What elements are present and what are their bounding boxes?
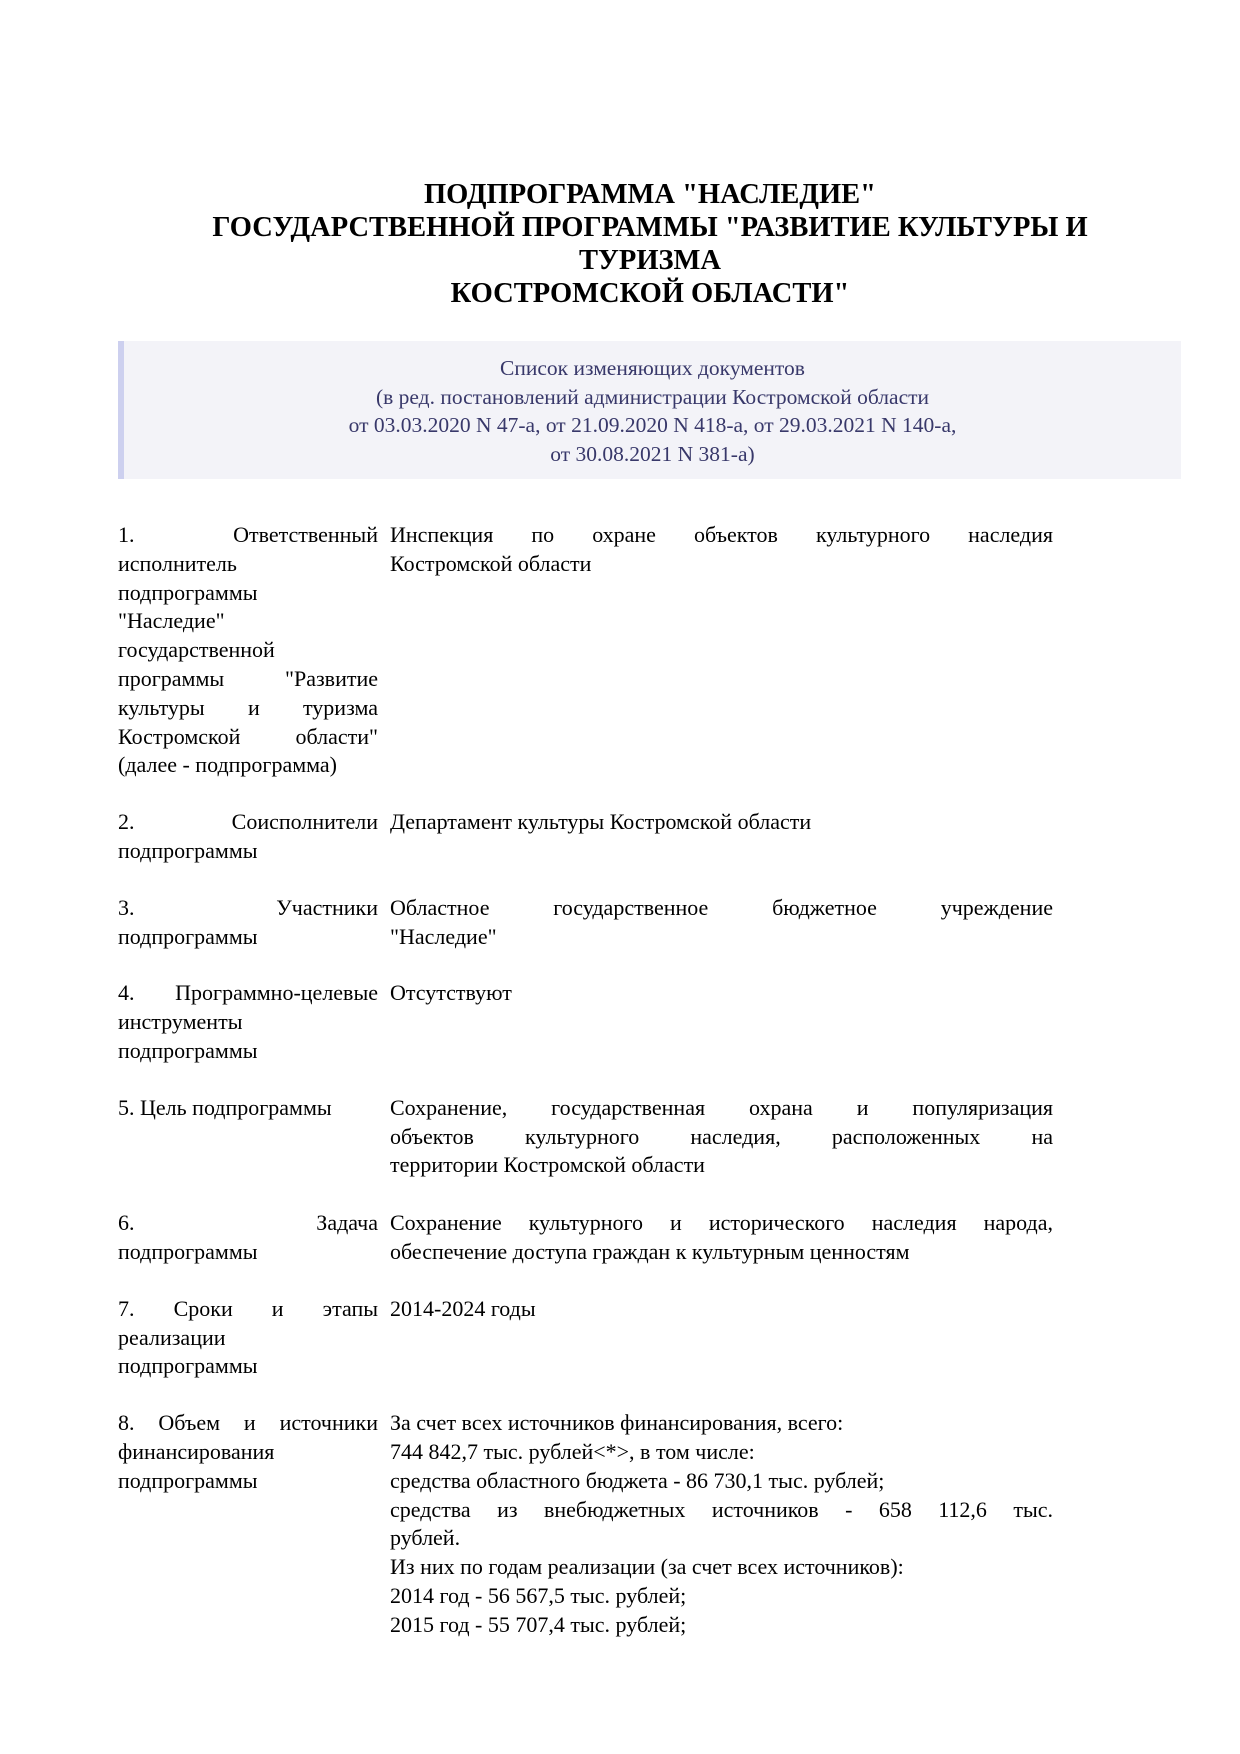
value-line: территории Костромской области bbox=[390, 1151, 1053, 1180]
label-line: финансирования bbox=[118, 1438, 378, 1467]
title-line: КОСТРОМСКОЙ ОБЛАСТИ" bbox=[160, 277, 1140, 310]
value-line: обеспечение доступа граждан к культурным… bbox=[390, 1238, 1053, 1267]
revision-list-box: Список изменяющих документов (в ред. пос… bbox=[118, 341, 1181, 479]
passport-row: 5. Цель подпрограммыСохранение, государс… bbox=[118, 1094, 1053, 1180]
passport-row: 2. СоисполнителиподпрограммыДепартамент … bbox=[118, 808, 1053, 866]
passport-row-label: 4. Программно-целевыеинструментыподпрогр… bbox=[118, 979, 378, 1065]
passport-row-value: Областное государственное бюджетное учре… bbox=[390, 894, 1053, 952]
label-line: реализации bbox=[118, 1324, 378, 1353]
label-line: 4. Программно-целевые bbox=[118, 979, 378, 1008]
passport-row: 7. Сроки и этапыреализацииподпрограммы20… bbox=[118, 1295, 1053, 1381]
label-line: подпрограммы bbox=[118, 1238, 378, 1267]
label-line: подпрограммы bbox=[118, 1352, 378, 1381]
value-line: "Наследие" bbox=[390, 923, 1053, 952]
label-line: (далее - подпрограмма) bbox=[118, 751, 378, 780]
label-line: 5. Цель подпрограммы bbox=[118, 1094, 378, 1123]
label-line: инструменты bbox=[118, 1008, 378, 1037]
passport-row: 6. ЗадачаподпрограммыСохранение культурн… bbox=[118, 1209, 1053, 1267]
title-line: ТУРИЗМА bbox=[160, 244, 1140, 277]
passport-row-value: За счет всех источников финансирования, … bbox=[390, 1409, 1053, 1639]
passport-row-label: 8. Объем и источникифинансированияподпро… bbox=[118, 1409, 378, 1639]
label-line: подпрограммы bbox=[118, 837, 378, 866]
label-line: "Наследие" bbox=[118, 607, 378, 636]
revision-line: от 03.03.2020 N 47-а, от 21.09.2020 N 41… bbox=[124, 411, 1181, 440]
revision-line: от 30.08.2021 N 381-а) bbox=[124, 440, 1181, 469]
passport-row-label: 5. Цель подпрограммы bbox=[118, 1094, 378, 1180]
label-line: программы "Развитие bbox=[118, 665, 378, 694]
label-line: подпрограммы bbox=[118, 923, 378, 952]
value-line: 2014-2024 годы bbox=[390, 1295, 1053, 1324]
passport-row-value: 2014-2024 годы bbox=[390, 1295, 1053, 1381]
label-line: 6. Задача bbox=[118, 1209, 378, 1238]
title-line: ПОДПРОГРАММА "НАСЛЕДИЕ" bbox=[160, 178, 1140, 211]
passport-row-label: 3. Участникиподпрограммы bbox=[118, 894, 378, 952]
value-line: 2015 год - 55 707,4 тыс. рублей; bbox=[390, 1611, 1053, 1640]
value-line: объектов культурного наследия, расположе… bbox=[390, 1123, 1053, 1152]
passport-row: 3. УчастникиподпрограммыОбластное госуда… bbox=[118, 894, 1053, 952]
passport-row-label: 2. Соисполнителиподпрограммы bbox=[118, 808, 378, 866]
label-line: 7. Сроки и этапы bbox=[118, 1295, 378, 1324]
value-line: Костромской области bbox=[390, 550, 1053, 579]
value-line: 2014 год - 56 567,5 тыс. рублей; bbox=[390, 1582, 1053, 1611]
passport-row-value: Сохранение, государственная охрана и поп… bbox=[390, 1094, 1053, 1180]
label-line: государственной bbox=[118, 636, 378, 665]
label-line: 3. Участники bbox=[118, 894, 378, 923]
passport-row-label: 1. Ответственныйисполнительподпрограммы"… bbox=[118, 521, 378, 780]
label-line: Костромской области" bbox=[118, 723, 378, 752]
value-line: Департамент культуры Костромской области bbox=[390, 808, 1053, 837]
value-line: рублей. bbox=[390, 1524, 1053, 1553]
passport-row: 8. Объем и источникифинансированияподпро… bbox=[118, 1409, 1053, 1639]
passport-row-value: Департамент культуры Костромской области bbox=[390, 808, 1053, 866]
subprogram-passport-table: 1. Ответственныйисполнительподпрограммы"… bbox=[118, 521, 1053, 1640]
passport-row: 1. Ответственныйисполнительподпрограммы"… bbox=[118, 521, 1053, 780]
value-line: Инспекция по охране объектов культурного… bbox=[390, 521, 1053, 550]
passport-row-value: Инспекция по охране объектов культурного… bbox=[390, 521, 1053, 780]
value-line: Из них по годам реализации (за счет всех… bbox=[390, 1553, 1053, 1582]
value-line: средства областного бюджета - 86 730,1 т… bbox=[390, 1467, 1053, 1496]
revision-line: (в ред. постановлений администрации Кост… bbox=[124, 383, 1181, 412]
value-line: средства из внебюджетных источников - 65… bbox=[390, 1496, 1053, 1525]
value-line: Сохранение, государственная охрана и поп… bbox=[390, 1094, 1053, 1123]
document-title: ПОДПРОГРАММА "НАСЛЕДИЕ" ГОСУДАРСТВЕННОЙ … bbox=[160, 178, 1140, 310]
value-line: 744 842,7 тыс. рублей<*>, в том числе: bbox=[390, 1438, 1053, 1467]
label-line: 1. Ответственный bbox=[118, 521, 378, 550]
label-line: подпрограммы bbox=[118, 1037, 378, 1066]
label-line: 2. Соисполнители bbox=[118, 808, 378, 837]
value-line: Сохранение культурного и исторического н… bbox=[390, 1209, 1053, 1238]
passport-row-value: Сохранение культурного и исторического н… bbox=[390, 1209, 1053, 1267]
title-line: ГОСУДАРСТВЕННОЙ ПРОГРАММЫ "РАЗВИТИЕ КУЛЬ… bbox=[160, 211, 1140, 244]
revision-heading: Список изменяющих документов bbox=[124, 354, 1181, 383]
label-line: исполнитель bbox=[118, 550, 378, 579]
value-line: За счет всех источников финансирования, … bbox=[390, 1409, 1053, 1438]
label-line: 8. Объем и источники bbox=[118, 1409, 378, 1438]
value-line: Областное государственное бюджетное учре… bbox=[390, 894, 1053, 923]
passport-row-value: Отсутствуют bbox=[390, 979, 1053, 1065]
label-line: подпрограммы bbox=[118, 579, 378, 608]
value-line: Отсутствуют bbox=[390, 979, 1053, 1008]
passport-row-label: 7. Сроки и этапыреализацииподпрограммы bbox=[118, 1295, 378, 1381]
passport-row-label: 6. Задачаподпрограммы bbox=[118, 1209, 378, 1267]
label-line: культуры и туризма bbox=[118, 694, 378, 723]
label-line: подпрограммы bbox=[118, 1467, 378, 1496]
passport-row: 4. Программно-целевыеинструментыподпрогр… bbox=[118, 979, 1053, 1065]
